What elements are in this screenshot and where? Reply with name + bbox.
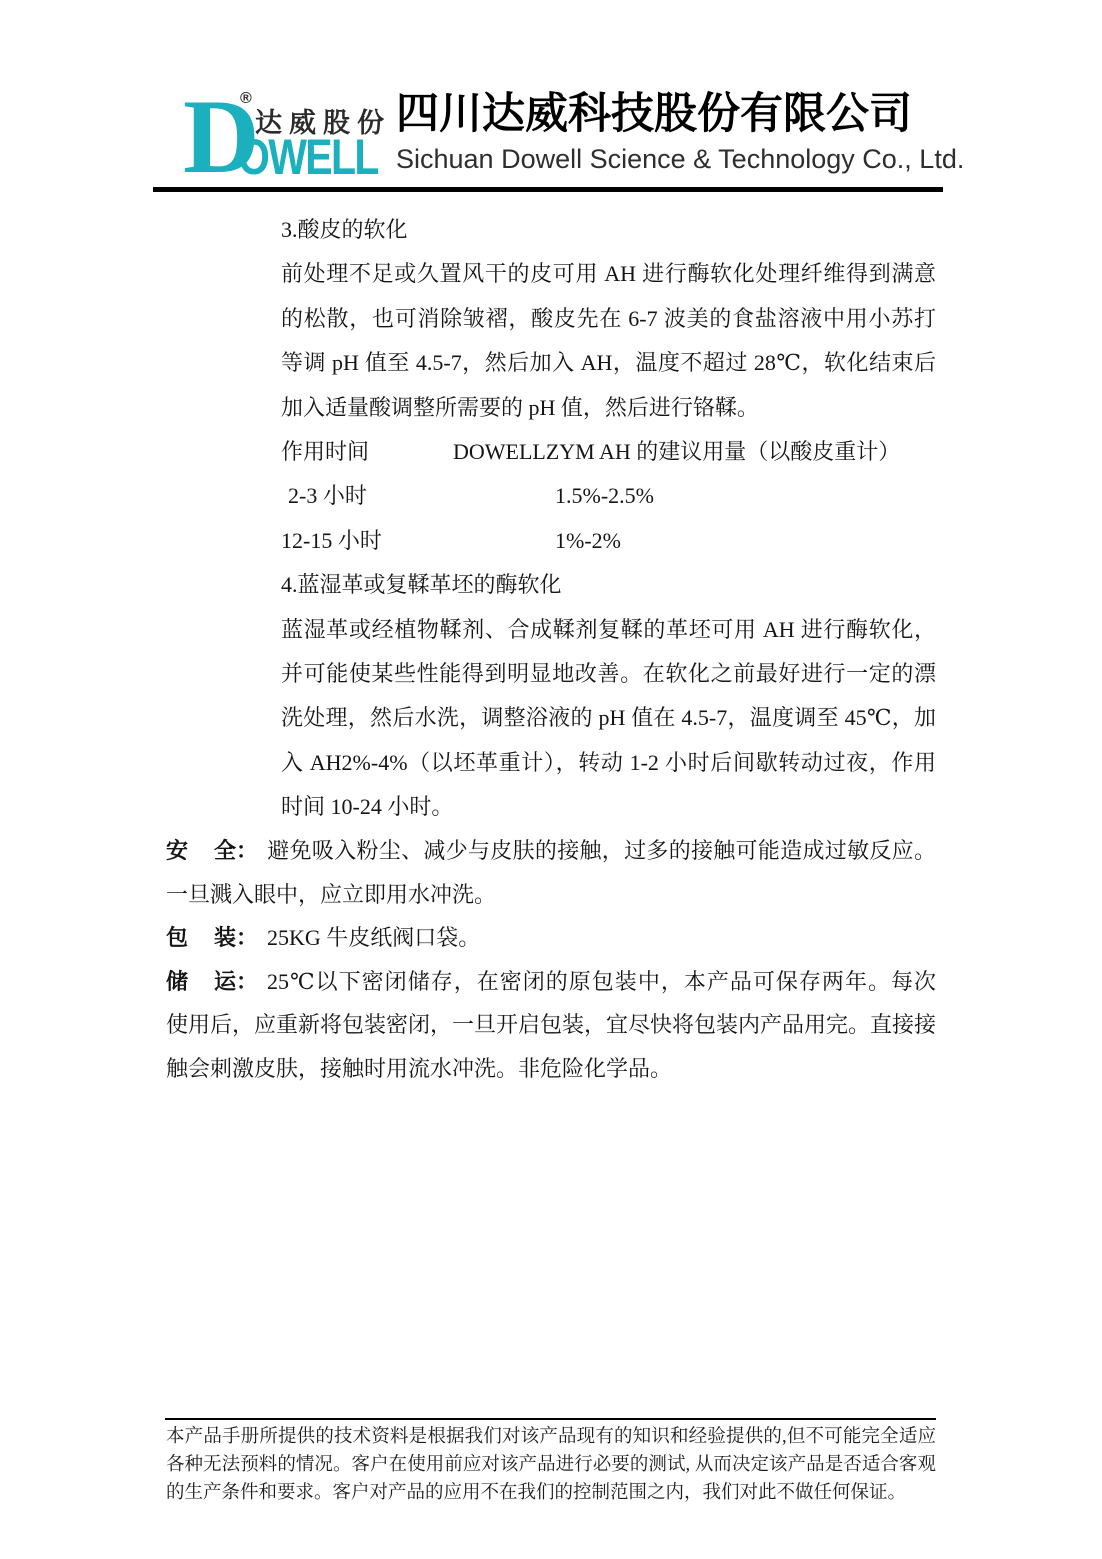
safety-paragraph: 安全：避免吸入粉尘、减少与皮肤的接触，过多的接触可能造成过敏反应。 一旦溅入眼中… (166, 829, 936, 916)
registered-trademark-icon: ® (240, 90, 252, 108)
storage-label-char: 储 (166, 960, 188, 1004)
dosage-table-col2-header: DOWELLZYM AH 的建议用量（以酸皮重计） (453, 430, 900, 474)
safety-line: 安全：避免吸入粉尘、减少与皮肤的接触，过多的接触可能造成过敏反应。 (166, 829, 936, 873)
packaging-paragraph: 包装：25KG 牛皮纸阀口袋。 (166, 916, 936, 960)
section-3-line: 前处理不足或久置风干的皮可用 AH 进行酶软化处理纤维得到满意 (281, 252, 936, 296)
packaging-label: 包装： (166, 916, 258, 960)
safety-label-char: 安 (166, 829, 188, 873)
safety-label: 安全： (166, 829, 258, 873)
storage-paragraph: 储运：25℃以下密闭储存，在密闭的原包装中，本产品可保存两年。每次 使用后，应重… (166, 960, 936, 1091)
company-name-block: 四川达威科技股份有限公司 Sichuan Dowell Science & Te… (396, 90, 942, 175)
packaging-text: 25KG 牛皮纸阀口袋。 (267, 925, 480, 950)
packaging-label-char: 装： (214, 916, 258, 960)
storage-line: 触会刺激皮肤，接触时用流水冲洗。非危险化学品。 (166, 1047, 936, 1091)
header-divider (153, 187, 943, 192)
dowell-logo: D ® 达威股份 OWELL (183, 88, 428, 188)
storage-line: 储运：25℃以下密闭储存，在密闭的原包装中，本产品可保存两年。每次 (166, 960, 936, 1004)
section-4-line: 时间 10-24 小时。 (281, 785, 936, 829)
section-4-line: 并可能使某些性能得到明显地改善。在软化之前最好进行一定的漂 (281, 652, 936, 696)
footer-line: 各种无法预料的情况。客户在使用前应对该产品进行必要的测试, 从而决定该产品是否适… (166, 1451, 936, 1479)
footer-divider (165, 1418, 936, 1420)
storage-line: 使用后，应重新将包装密闭，一旦开启包装，宜尽快将包装内产品用完。直接接 (166, 1003, 936, 1047)
section-4-line: 入 AH2%-4%（以坯革重计），转动 1-2 小时后间歇转动过夜，作用 (281, 741, 936, 785)
storage-label: 储运： (166, 960, 258, 1004)
section-3-title: 3.酸皮的软化 (281, 208, 936, 252)
section-3-pickled-hide-softening: 3.酸皮的软化 前处理不足或久置风干的皮可用 AH 进行酶软化处理纤维得到满意 … (281, 208, 936, 829)
company-name-chinese: 四川达威科技股份有限公司 (396, 90, 942, 139)
section-3-line: 加入适量酸调整所需要的 pH 值，然后进行铬鞣。 (281, 386, 936, 430)
packaging-label-char: 包 (166, 916, 188, 960)
dosage-time-value: 2-3 小时 (288, 474, 367, 518)
safety-label-char: 全： (214, 829, 258, 873)
section-4-line: 蓝湿革或经植物鞣剂、合成鞣剂复鞣的革坯可用 AH 进行酶软化， (281, 608, 936, 652)
safety-line: 一旦溅入眼中，应立即用水冲洗。 (166, 873, 936, 917)
dosage-table-row: 12-15 小时 1%-2% (281, 519, 936, 563)
section-3-line: 等调 pH 值至 4.5-7，然后加入 AH，温度不超过 28℃，软化结束后 (281, 341, 936, 385)
footer-line: 的生产条件和要求。客户对产品的应用不在我们的控制范围之内，我们对此不做任何保证。 (166, 1479, 936, 1507)
logo-letters-owell: OWELL (238, 132, 378, 182)
document-page: D ® 达威股份 OWELL 四川达威科技股份有限公司 Sichuan Dowe… (0, 0, 1102, 1559)
section-3-line: 的松散，也可消除皱褶，酸皮先在 6-7 波美的食盐溶液中用小苏打 (281, 297, 936, 341)
dosage-percent-value: 1.5%-2.5% (555, 474, 654, 518)
document-body: 3.酸皮的软化 前处理不足或久置风干的皮可用 AH 进行酶软化处理纤维得到满意 … (166, 208, 936, 1090)
dosage-percent-value: 1%-2% (555, 519, 621, 563)
safety-text: 避免吸入粉尘、减少与皮肤的接触，过多的接触可能造成过敏反应。 (267, 838, 936, 863)
section-4-title: 4.蓝湿革或复鞣革坯的酶软化 (281, 563, 936, 607)
packaging-line: 包装：25KG 牛皮纸阀口袋。 (166, 916, 936, 960)
section-4-line: 洗处理，然后水洗，调整浴液的 pH 值在 4.5-7，温度调至 45℃，加 (281, 696, 936, 740)
footer-disclaimer: 本产品手册所提供的技术资料是根据我们对该产品现有的知识和经验提供的,但不可能完全… (166, 1423, 936, 1507)
storage-label-char: 运： (214, 960, 258, 1004)
dosage-table-col1-header: 作用时间 (281, 439, 369, 464)
storage-text: 25℃以下密闭储存，在密闭的原包装中，本产品可保存两年。每次 (267, 969, 936, 994)
dosage-table-row: 2-3 小时 1.5%-2.5% (281, 474, 936, 518)
dosage-time-value: 12-15 小时 (281, 528, 382, 553)
dosage-table-header-row: 作用时间 DOWELLZYM AH 的建议用量（以酸皮重计） (281, 430, 936, 474)
company-name-english: Sichuan Dowell Science & Technology Co.,… (396, 144, 942, 175)
footer-line: 本产品手册所提供的技术资料是根据我们对该产品现有的知识和经验提供的,但不可能完全… (166, 1423, 936, 1451)
